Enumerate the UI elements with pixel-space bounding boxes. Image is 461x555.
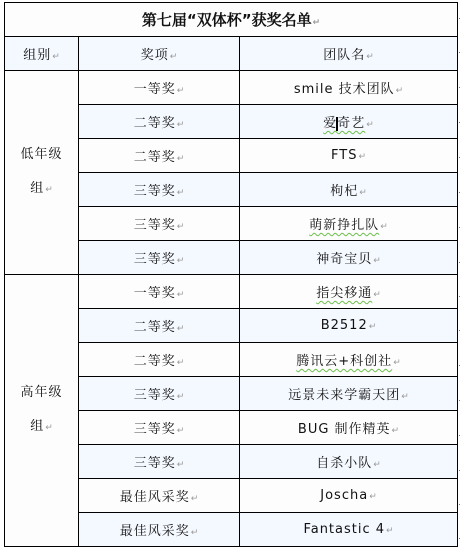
margin-end-mark: [459, 538, 460, 539]
margin-end-mark: [459, 157, 460, 158]
paragraph-mark-icon: ↵: [369, 492, 377, 502]
paragraph-mark-icon: ↵: [177, 256, 185, 266]
award-cell[interactable]: 二等奖↵: [79, 343, 240, 377]
margin-end-mark: [459, 330, 460, 331]
team-cell[interactable]: 腾讯云+科创社↵: [240, 343, 458, 377]
team-name: 自杀小队: [316, 456, 372, 471]
award-cell[interactable]: 二等奖↵: [79, 309, 240, 343]
margin-end-mark: [459, 504, 460, 505]
table-row: 高年级组↵一等奖↵指尖移通↵: [5, 275, 458, 309]
award-cell[interactable]: 一等奖↵: [79, 71, 240, 105]
table-title: 第七届“双体杯”获奖名单: [142, 11, 312, 29]
team-cell[interactable]: 萌新挣扎队↵: [240, 207, 458, 241]
paragraph-mark-icon: ↵: [358, 152, 366, 162]
award-cell[interactable]: 最佳风采奖↵: [79, 513, 240, 547]
team-name: 爱奇艺: [323, 116, 365, 131]
paragraph-mark-icon: ↵: [177, 392, 185, 402]
award-cell[interactable]: 三等奖↵: [79, 445, 240, 479]
team-name: 远景未来学霸天团: [288, 388, 400, 403]
team-name: Joscha: [320, 488, 368, 503]
paragraph-mark-icon: ↵: [177, 188, 185, 198]
margin-end-mark: [459, 52, 460, 53]
award-label: 三等奖: [134, 456, 176, 471]
paragraph-mark-icon: ↵: [380, 222, 388, 232]
paragraph-mark-icon: ↵: [170, 52, 178, 62]
team-cell[interactable]: 枸杞↵: [240, 173, 458, 207]
paragraph-mark-icon: ↵: [177, 460, 185, 470]
team-cell[interactable]: smile 技术团队↵: [240, 71, 458, 105]
team-name: 枸杞: [330, 184, 358, 199]
margin-end-mark: [459, 122, 460, 123]
award-label: 三等奖: [134, 218, 176, 233]
award-label: 二等奖: [134, 354, 176, 369]
paragraph-mark-icon: ↵: [386, 526, 394, 536]
margin-end-mark: [459, 470, 460, 471]
team-name: 腾讯云+科创社: [296, 354, 392, 369]
group-label-line: 高年级: [5, 376, 78, 410]
margin-end-mark: [459, 192, 460, 193]
team-cell[interactable]: BUG 制作精英↵: [240, 411, 458, 445]
award-cell[interactable]: 三等奖↵: [79, 173, 240, 207]
award-table: 第七届“双体杯”获奖名单↵ 组别↵ 奖项↵ 团队名↵ 低年级组↵一等奖↵smil…: [4, 2, 458, 547]
paragraph-mark-icon: ↵: [52, 52, 60, 62]
team-cell[interactable]: 指尖移通↵: [240, 275, 458, 309]
margin-end-mark: [459, 296, 460, 297]
column-header-award[interactable]: 奖项↵: [79, 37, 240, 71]
award-cell[interactable]: 最佳风采奖↵: [79, 479, 240, 513]
paragraph-mark-icon: ↵: [369, 322, 377, 332]
award-label: 三等奖: [134, 388, 176, 403]
margin-end-mark: [459, 18, 460, 19]
award-label: 最佳风采奖: [120, 490, 190, 505]
team-name: BUG 制作精英: [298, 422, 391, 437]
margin-end-mark: [459, 365, 460, 366]
team-cell[interactable]: 远景未来学霸天团↵: [240, 377, 458, 411]
award-label: 最佳风采奖: [120, 524, 190, 539]
award-label: 三等奖: [134, 252, 176, 267]
team-name: 萌新挣扎队: [309, 218, 379, 233]
team-cell[interactable]: 自杀小队↵: [240, 445, 458, 479]
paragraph-mark-icon: ↵: [177, 358, 185, 368]
award-cell[interactable]: 二等奖↵: [79, 105, 240, 139]
paragraph-mark-icon: ↵: [373, 256, 381, 266]
team-name: 神奇宝贝: [316, 252, 372, 267]
margin-end-mark: [459, 227, 460, 228]
group-label-line: 组↵: [5, 410, 78, 445]
paragraph-mark-icon: ↵: [191, 494, 199, 504]
column-header-label: 团队名: [323, 48, 365, 63]
team-name: smile 技术团队: [294, 82, 395, 97]
award-label: 二等奖: [134, 150, 176, 165]
paragraph-mark-icon: ↵: [313, 18, 321, 28]
paragraph-mark-icon: ↵: [373, 290, 381, 300]
award-label: 一等奖: [134, 82, 176, 97]
group-label-line: 低年级: [5, 138, 78, 172]
group-cell[interactable]: 低年级组↵: [5, 71, 79, 275]
margin-end-mark: [459, 87, 460, 88]
award-cell[interactable]: 三等奖↵: [79, 241, 240, 275]
award-cell[interactable]: 三等奖↵: [79, 377, 240, 411]
award-label: 三等奖: [134, 184, 176, 199]
paragraph-mark-icon: ↵: [177, 222, 185, 232]
column-header-team[interactable]: 团队名↵: [240, 37, 458, 71]
paragraph-mark-icon: ↵: [177, 120, 185, 130]
paragraph-mark-icon: ↵: [366, 120, 374, 130]
award-cell[interactable]: 一等奖↵: [79, 275, 240, 309]
margin-end-mark: [459, 400, 460, 401]
margin-end-mark: [459, 262, 460, 263]
paragraph-mark-icon: ↵: [177, 154, 185, 164]
award-label: 二等奖: [134, 116, 176, 131]
team-cell[interactable]: Joscha↵: [240, 479, 458, 513]
margin-end-mark: [459, 435, 460, 436]
award-cell[interactable]: 三等奖↵: [79, 411, 240, 445]
award-cell[interactable]: 三等奖↵: [79, 207, 240, 241]
table-row: 低年级组↵一等奖↵smile 技术团队↵: [5, 71, 458, 105]
paragraph-mark-icon: ↵: [396, 86, 404, 96]
team-name: 指尖移通: [316, 286, 372, 301]
paragraph-mark-icon: ↵: [366, 52, 374, 62]
team-name: FTS: [331, 148, 357, 163]
table-title-cell[interactable]: 第七届“双体杯”获奖名单↵: [5, 3, 458, 37]
award-label: 二等奖: [134, 320, 176, 335]
paragraph-mark-icon: ↵: [359, 188, 367, 198]
team-name: B2512: [321, 318, 368, 333]
award-label: 一等奖: [134, 286, 176, 301]
paragraph-mark-icon: ↵: [393, 358, 401, 368]
column-header-label: 奖项: [141, 48, 169, 63]
team-cell[interactable]: Fantastic 4↵: [240, 513, 458, 547]
paragraph-mark-icon: ↵: [191, 528, 199, 538]
paragraph-mark-icon: ↵: [45, 423, 53, 433]
paragraph-mark-icon: ↵: [401, 392, 409, 402]
column-header-group[interactable]: 组别↵: [5, 37, 79, 71]
group-label-line: 组↵: [5, 172, 78, 207]
group-cell[interactable]: 高年级组↵: [5, 275, 79, 547]
team-cell[interactable]: 神奇宝贝↵: [240, 241, 458, 275]
column-header-label: 组别: [23, 48, 51, 63]
team-name: Fantastic 4: [303, 522, 385, 537]
team-cell[interactable]: B2512↵: [240, 309, 458, 343]
paragraph-mark-icon: ↵: [177, 426, 185, 436]
award-label: 三等奖: [134, 422, 176, 437]
team-cell[interactable]: 爱奇艺↵: [240, 105, 458, 139]
paragraph-mark-icon: ↵: [177, 290, 185, 300]
paragraph-mark-icon: ↵: [392, 426, 400, 436]
paragraph-mark-icon: ↵: [177, 324, 185, 334]
paragraph-mark-icon: ↵: [177, 86, 185, 96]
award-cell[interactable]: 二等奖↵: [79, 139, 240, 173]
paragraph-mark-icon: ↵: [373, 460, 381, 470]
paragraph-mark-icon: ↵: [45, 185, 53, 195]
text-cursor: [336, 117, 338, 131]
team-cell[interactable]: FTS↵: [240, 139, 458, 173]
